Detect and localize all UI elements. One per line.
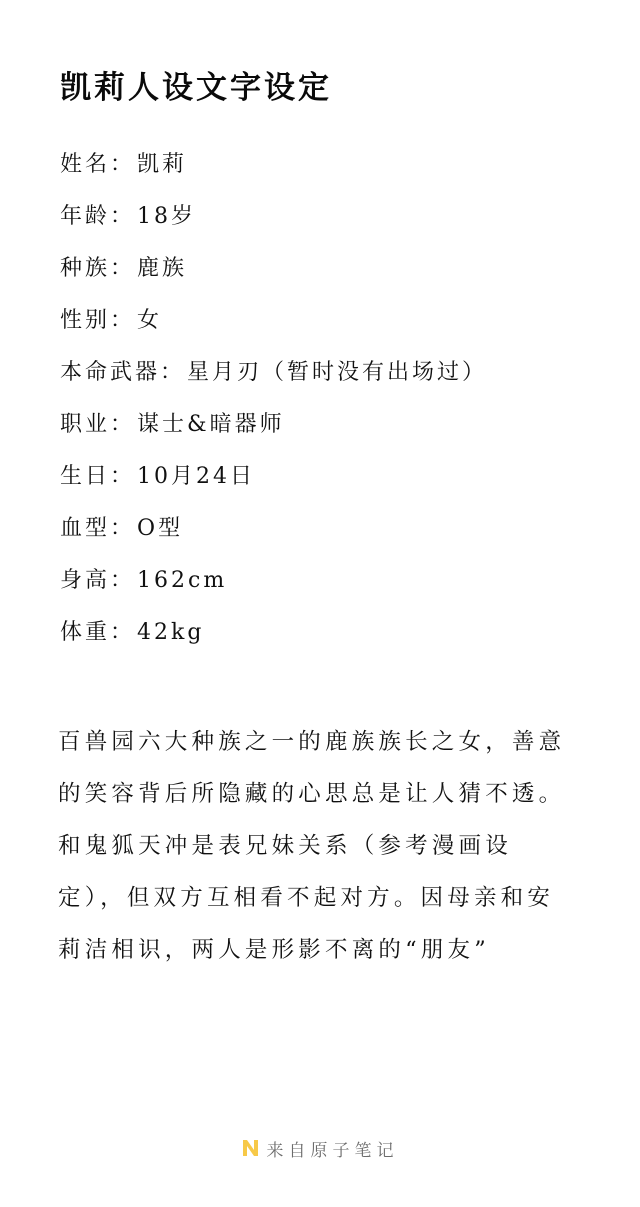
field-separator: ：: [110, 568, 135, 593]
field-label: 姓名: [60, 152, 110, 177]
field-gender: 性别：女: [60, 299, 487, 351]
field-separator: ：: [110, 308, 135, 333]
field-value: 谋士&暗器师: [137, 412, 285, 437]
profile-fields: 姓名：凯莉 年龄：18岁 种族：鹿族 性别：女 本命武器：星月刃（暂时没有出场过…: [60, 143, 487, 663]
field-separator: ：: [160, 360, 185, 385]
field-occupation: 职业：谋士&暗器师: [60, 403, 487, 455]
field-value: O型: [137, 516, 183, 541]
field-height: 身高：162cm: [60, 559, 487, 611]
footer-source: 来自原子笔记: [0, 1134, 640, 1162]
field-separator: ：: [110, 516, 135, 541]
field-label: 本命武器: [60, 360, 160, 385]
field-race: 种族：鹿族: [60, 247, 487, 299]
field-name: 姓名：凯莉: [60, 143, 487, 195]
field-weight: 体重：42kg: [60, 611, 487, 663]
field-separator: ：: [110, 152, 135, 177]
field-value: 10月24日: [137, 464, 255, 489]
field-label: 年龄: [60, 204, 110, 229]
field-value: 凯莉: [137, 152, 187, 177]
field-value: 162cm: [137, 568, 227, 593]
field-separator: ：: [110, 620, 135, 645]
source-label: 来自原子笔记: [267, 1136, 399, 1161]
field-separator: ：: [110, 204, 135, 229]
field-label: 职业: [60, 412, 110, 437]
character-description: 百兽园六大种族之一的鹿族族长之女，善意的笑容背后所隐藏的心思总是让人猜不透。和鬼…: [58, 716, 578, 976]
field-value: 18岁: [137, 204, 196, 229]
page-title: 凯莉人设文字设定: [60, 66, 332, 110]
field-label: 血型: [60, 516, 110, 541]
field-separator: ：: [110, 412, 135, 437]
field-separator: ：: [110, 256, 135, 281]
field-label: 种族: [60, 256, 110, 281]
field-blood-type: 血型：O型: [60, 507, 487, 559]
field-label: 生日: [60, 464, 110, 489]
field-birthday: 生日：10月24日: [60, 455, 487, 507]
field-value: 星月刃（暂时没有出场过）: [187, 360, 487, 385]
n-logo-icon: [242, 1139, 259, 1157]
field-value: 鹿族: [137, 256, 187, 281]
field-separator: ：: [110, 464, 135, 489]
field-weapon: 本命武器：星月刃（暂时没有出场过）: [60, 351, 487, 403]
field-value: 42kg: [137, 620, 204, 645]
field-label: 体重: [60, 620, 110, 645]
field-label: 性别: [60, 308, 110, 333]
field-age: 年龄：18岁: [60, 195, 487, 247]
field-value: 女: [137, 308, 162, 333]
field-label: 身高: [60, 568, 110, 593]
